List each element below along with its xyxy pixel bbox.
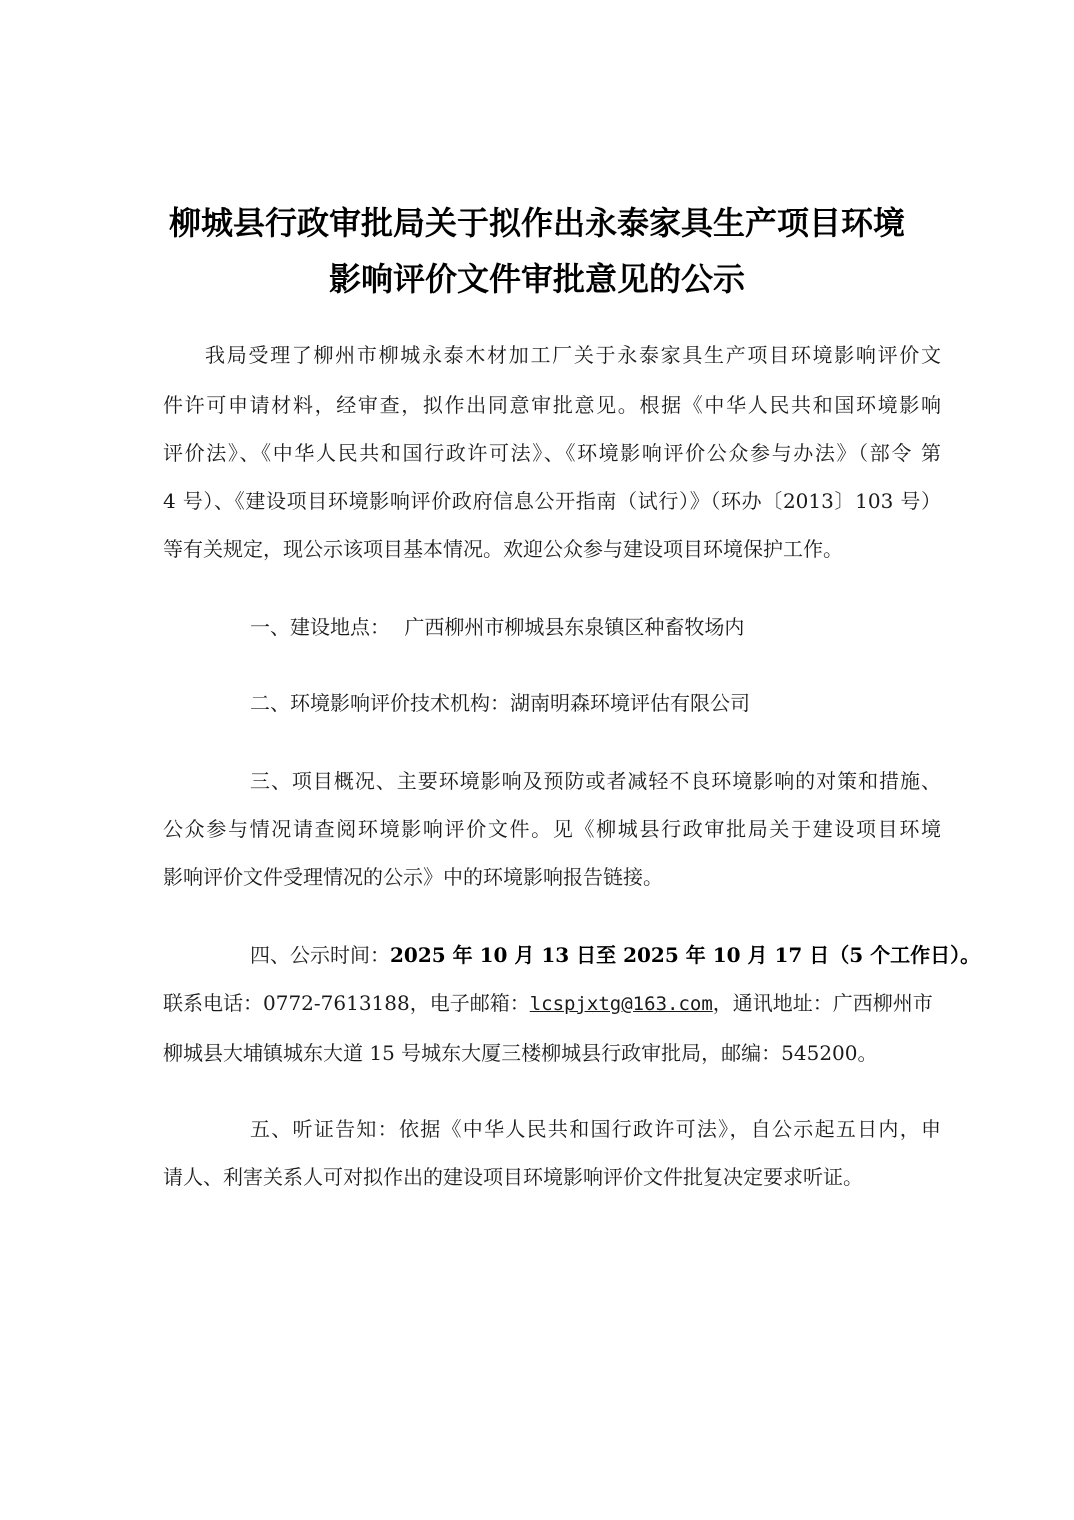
section-1-location: 一、建设地点： 广西柳州市柳城县东泉镇区种畜牧场内 xyxy=(250,615,1028,639)
section-4-contact-suffix: ，通讯地址：广西柳州市 xyxy=(713,991,933,1015)
intro-line-4: 4 号）、《建设项目环境影响评价政府信息公开指南（试行）》（环办〔2013〕10… xyxy=(163,489,941,513)
section-3-line-3: 影响评价文件受理情况的公示》中的环境影响报告链接。 xyxy=(163,865,941,889)
document-title-line-1: 柳城县行政审批局关于拟作出永泰家具生产项目环境 xyxy=(0,198,1074,244)
section-4-period: 2025 年 10 月 13 日至 2025 年 10 月 17 日（5 个工作… xyxy=(390,943,980,967)
section-3-line-2: 公众参与情况请查阅环境影响评价文件。见《柳城县行政审批局关于建设项目环境 xyxy=(163,817,941,841)
section-4-contact-prefix: 联系电话：0772-7613188，电子邮箱： xyxy=(163,991,530,1015)
email-link[interactable]: lcspjxtg@163.com xyxy=(530,993,713,1015)
intro-line-2: 件许可申请材料，经审查，拟作出同意审批意见。根据《中华人民共和国环境影响 xyxy=(163,393,941,417)
section-2-label: 二、环境影响评价技术机构： xyxy=(250,691,510,715)
intro-line-5: 等有关规定，现公示该项目基本情况。欢迎公众参与建设项目环境保护工作。 xyxy=(163,537,941,561)
section-5-line-1: 五、听证告知：依据《中华人民共和国行政许可法》，自公示起五日内，申 xyxy=(250,1117,941,1141)
section-3-line-1: 三、项目概况、主要环境影响及预防或者减轻不良环境影响的对策和措施、 xyxy=(250,769,941,793)
section-4-line-1: 四、公示时间：2025 年 10 月 13 日至 2025 年 10 月 17 … xyxy=(250,943,1028,967)
intro-line-1: 我局受理了柳州市柳城永泰木材加工厂关于永泰家具生产项目环境影响评价文 xyxy=(205,343,941,367)
section-2-value: 湖南明森环境评估有限公司 xyxy=(510,691,750,715)
section-1-label: 一、建设地点： xyxy=(250,615,390,639)
document-title-line-2: 影响评价文件审批意见的公示 xyxy=(0,254,1074,300)
intro-line-3: 评价法》、《中华人民共和国行政许可法》、《环境影响评价公众参与办法》（部令 第 xyxy=(163,441,941,465)
section-2-agency: 二、环境影响评价技术机构：湖南明森环境评估有限公司 xyxy=(250,691,1028,715)
section-4-address-line: 柳城县大埔镇城东大道 15 号城东大厦三楼柳城县行政审批局，邮编：545200。 xyxy=(163,1041,941,1065)
section-4-line-2: 联系电话：0772-7613188，电子邮箱：lcspjxtg@163.com，… xyxy=(163,991,941,1016)
section-1-value: 广西柳州市柳城县东泉镇区种畜牧场内 xyxy=(404,615,744,639)
section-4-label: 四、公示时间： xyxy=(250,943,390,967)
section-5-line-2: 请人、利害关系人可对拟作出的建设项目环境影响评价文件批复决定要求听证。 xyxy=(163,1165,941,1189)
